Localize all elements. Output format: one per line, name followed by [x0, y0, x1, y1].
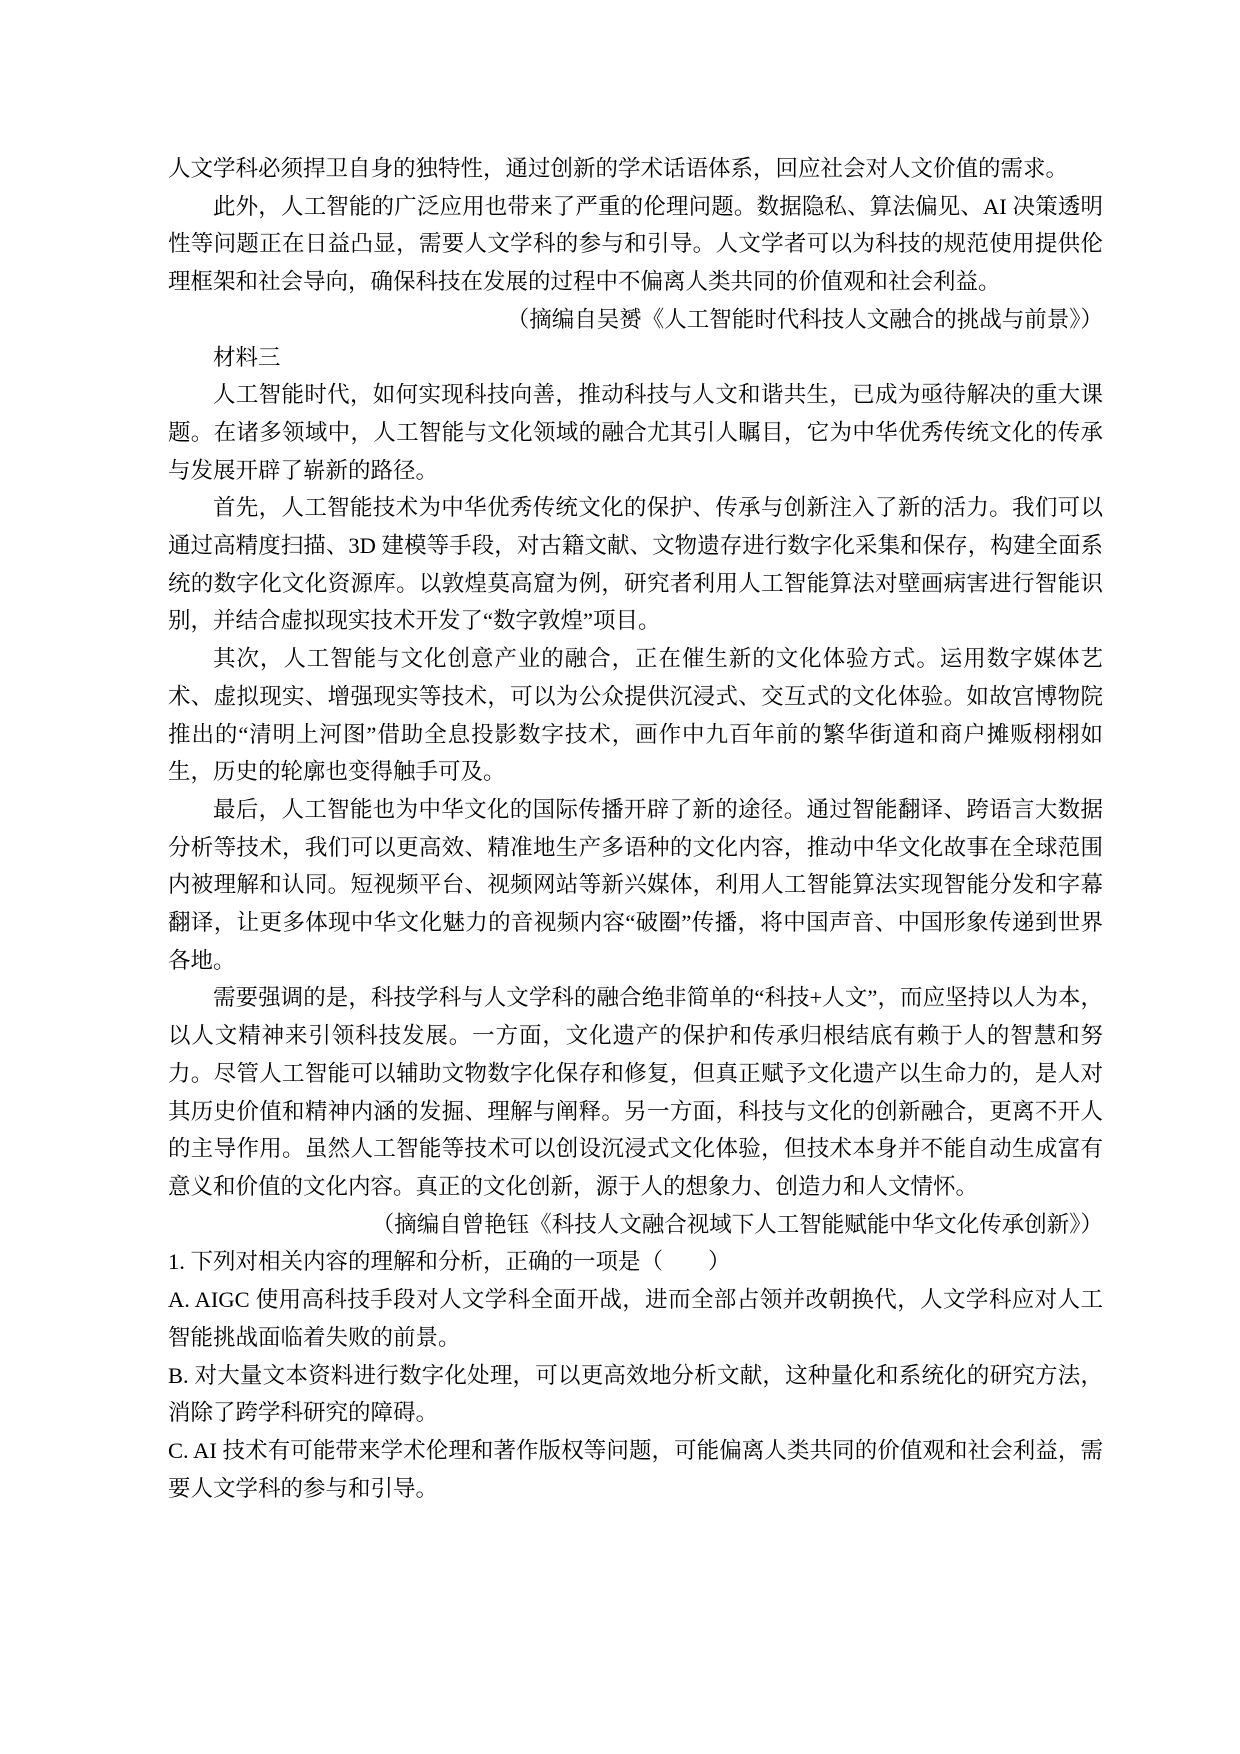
- material-three-heading: 材料三: [168, 339, 1103, 377]
- paragraph-first-point: 首先，人工智能技术为中华优秀传统文化的保护、传承与创新注入了新的活力。我们可以通…: [168, 489, 1103, 640]
- question-1-option-b: B. 对大量文本资料进行数字化处理，可以更高效地分析文献，这种量化和系统化的研究…: [168, 1357, 1103, 1432]
- question-1-stem: 1. 下列对相关内容的理解和分析，正确的一项是（ ）: [168, 1243, 1103, 1281]
- document-page: 人文学科必须捍卫自身的独特性，通过创新的学术话语体系，回应社会对人文价值的需求。…: [0, 0, 1240, 1754]
- citation-material-two: （摘编自吴赟《人工智能时代科技人文融合的挑战与前景》）: [168, 301, 1103, 339]
- paragraph-emphasis: 需要强调的是，科技学科与人文学科的融合绝非简单的“科技+人文”，而应坚持以人为本…: [168, 979, 1103, 1205]
- question-1-option-a: A. AIGC 使用高科技手段对人文学科全面开战，进而全部占领并改朝换代，人文学…: [168, 1281, 1103, 1356]
- paragraph-material-three-intro: 人工智能时代，如何实现科技向善，推动科技与人文和谐共生，已成为亟待解决的重大课题…: [168, 376, 1103, 489]
- question-1-option-c: C. AI 技术有可能带来学术伦理和著作版权等问题，可能偏离人类共同的价值观和社…: [168, 1432, 1103, 1507]
- paragraph-continuation: 人文学科必须捍卫自身的独特性，通过创新的学术话语体系，回应社会对人文价值的需求。: [168, 150, 1103, 188]
- paragraph-ai-ethics: 此外，人工智能的广泛应用也带来了严重的伦理问题。数据隐私、算法偏见、AI 决策透…: [168, 188, 1103, 301]
- document-body: 人文学科必须捍卫自身的独特性，通过创新的学术话语体系，回应社会对人文价值的需求。…: [168, 150, 1103, 1507]
- paragraph-third-point: 最后，人工智能也为中华文化的国际传播开辟了新的途径。通过智能翻译、跨语言大数据分…: [168, 791, 1103, 980]
- citation-material-three: （摘编自曾艳钰《科技人文融合视域下人工智能赋能中华文化传承创新》）: [168, 1206, 1103, 1244]
- paragraph-second-point: 其次，人工智能与文化创意产业的融合，正在催生新的文化体验方式。运用数字媒体艺术、…: [168, 640, 1103, 791]
